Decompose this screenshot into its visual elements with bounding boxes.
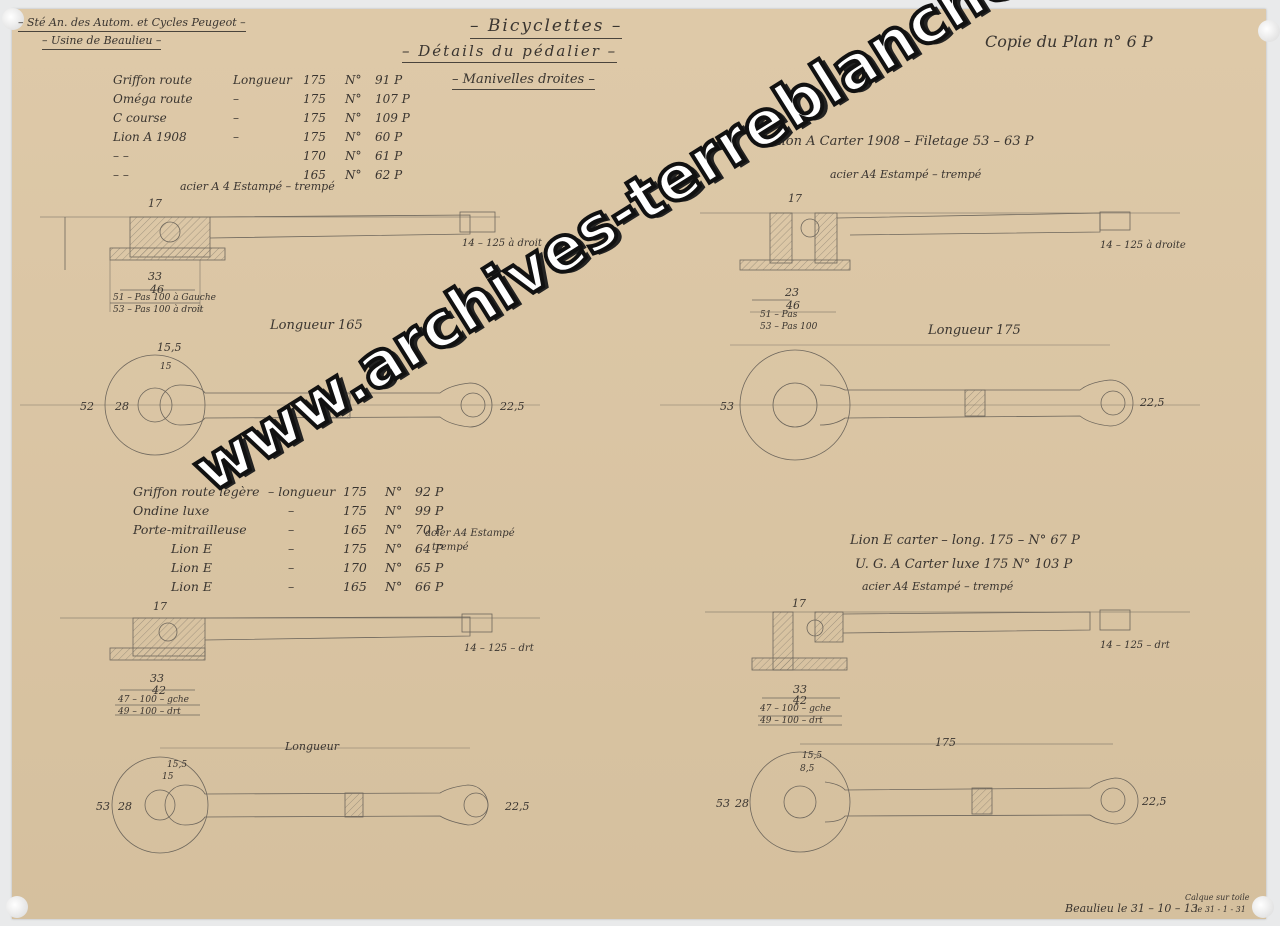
dim-label: 22,5 xyxy=(500,400,525,413)
dim-label: 14 – 125 – drt xyxy=(464,643,534,654)
dim-label: 14 – 125 – drt xyxy=(1100,640,1170,651)
crank-side-view-2 xyxy=(700,212,1180,312)
dim-label: Longueur 175 xyxy=(928,323,1021,338)
dim-label: 8,5 xyxy=(800,764,814,774)
signature-date: Beaulieu le 31 – 10 – 13 xyxy=(1065,902,1198,915)
dim-label: 175 xyxy=(935,736,956,749)
dim-label: 15 xyxy=(162,772,173,782)
dim-label: 15,5 xyxy=(157,341,182,354)
dim-label: 51 – Pas xyxy=(760,310,797,320)
dim-label: 51 – Pas 100 à Gauche xyxy=(113,293,216,303)
dim-label: 17 xyxy=(788,192,802,205)
dim-label: 53 – Pas 100 xyxy=(760,322,817,332)
dim-label: Longueur xyxy=(285,740,339,753)
stamp-line-1: Calque sur toile xyxy=(1185,893,1250,902)
dim-label: 23 xyxy=(785,286,799,299)
dim-label: 28 xyxy=(118,800,132,813)
dim-label: 49 – 100 – drt xyxy=(760,716,823,726)
dim-label: 53 – Pas 100 à droit xyxy=(113,305,203,315)
crank-plan-view-2 xyxy=(660,345,1200,460)
dim-label: 22,5 xyxy=(1142,795,1167,808)
dim-label: 22,5 xyxy=(505,800,530,813)
dim-label: 17 xyxy=(792,597,806,610)
dim-label: 52 xyxy=(80,400,94,413)
dim-label: 28 xyxy=(115,400,129,413)
dim-label: 53 xyxy=(720,400,734,413)
dim-label: 15 xyxy=(160,362,171,372)
dim-label: 47 – 100 – gche xyxy=(760,704,831,714)
dim-label: 15,5 xyxy=(167,760,187,770)
dim-label: 22,5 xyxy=(1140,396,1165,409)
dim-label: 53 xyxy=(96,800,110,813)
dim-label: 53 xyxy=(716,797,730,810)
dim-label: 14 – 125 à droite xyxy=(1100,240,1186,251)
dim-label: 28 xyxy=(735,797,749,810)
dim-label: 47 – 100 – gche xyxy=(118,695,189,705)
dim-label: 17 xyxy=(153,600,167,613)
dim-label: 49 – 100 – drt xyxy=(118,707,181,717)
stamp-line-2: le 31 - 1 - 31 xyxy=(1195,905,1246,914)
dim-label: 15,5 xyxy=(802,751,822,761)
dim-label: 33 xyxy=(148,270,162,283)
dim-label: 17 xyxy=(148,197,162,210)
dim-label: Longueur 165 xyxy=(270,318,363,333)
